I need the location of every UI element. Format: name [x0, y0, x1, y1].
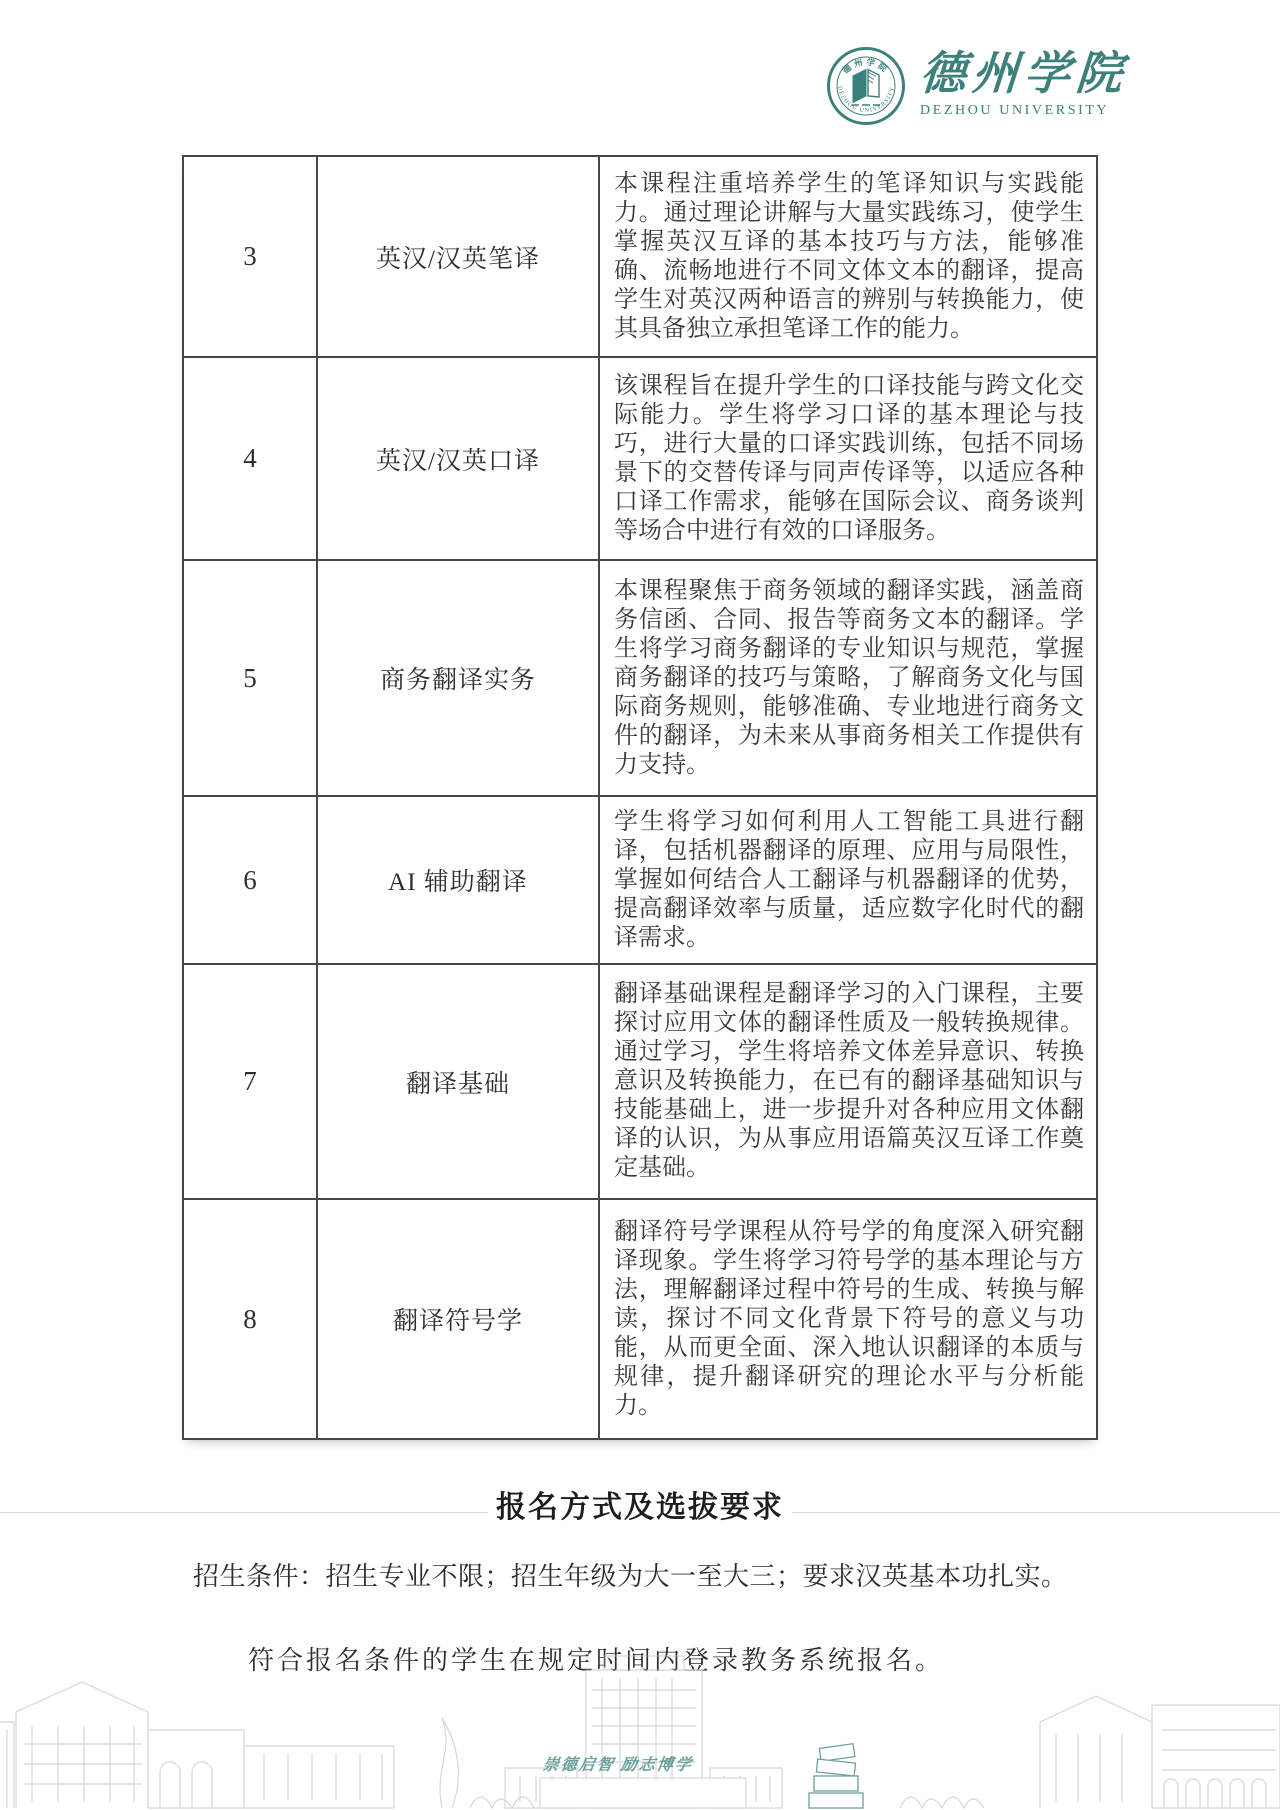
section-title: 报名方式及选拔要求	[488, 1482, 792, 1526]
course-description: 翻译基础课程是翻译学习的入门课程，主要探讨应用文体的翻译性质及一般转换规律。通过…	[599, 964, 1097, 1199]
course-name: 商务翻译实务	[317, 560, 599, 796]
university-name-en: DEZHOU UNIVERSITY	[920, 102, 1128, 120]
table-row: 6 AI 辅助翻译 学生将学习如何利用人工智能工具进行翻译，包括机器翻译的原理、…	[183, 796, 1097, 964]
table-row: 8 翻译符号学 翻译符号学课程从符号学的角度深入研究翻译现象。学生将学习符号学的…	[183, 1199, 1097, 1439]
table-row: 5 商务翻译实务 本课程聚焦于商务领域的翻译实践，涵盖商务信函、合同、报告等商务…	[183, 560, 1097, 796]
course-description: 该课程旨在提升学生的口译技能与跨文化交际能力。学生将学习口译的基本理论与技巧，进…	[599, 357, 1097, 560]
course-description: 本课程注重培养学生的笔译知识与实践能力。通过理论讲解与大量实践练习，使学生掌握英…	[599, 156, 1097, 357]
motto-calligraphy: 崇德启智 励志博学	[541, 1752, 744, 1775]
course-name: 英汉/汉英笔译	[317, 156, 599, 357]
table-row: 3 英汉/汉英笔译 本课程注重培养学生的笔译知识与实践能力。通过理论讲解与大量实…	[183, 156, 1097, 357]
university-name-zh: 德州学院	[918, 48, 1130, 100]
table-row: 7 翻译基础 翻译基础课程是翻译学习的入门课程，主要探讨应用文体的翻译性质及一般…	[183, 964, 1097, 1199]
course-name: AI 辅助翻译	[317, 796, 599, 964]
university-seal-icon: 德州学院 DEZHOU UNIVERSITY	[826, 46, 906, 126]
course-number: 4	[183, 357, 317, 560]
course-description: 翻译符号学课程从符号学的角度深入研究翻译现象。学生将学习符号学的基本理论与方法，…	[599, 1199, 1097, 1439]
course-name: 翻译符号学	[317, 1199, 599, 1439]
course-number: 8	[183, 1199, 317, 1439]
course-number: 5	[183, 560, 317, 796]
course-description: 本课程聚焦于商务领域的翻译实践，涵盖商务信函、合同、报告等商务文本的翻译。学生将…	[599, 560, 1097, 796]
university-logo: 德州学院 DEZHOU UNIVERSITY 德州学院 DEZHOU UNIVE…	[826, 46, 1128, 126]
enrollment-conditions-text: 招生条件：招生专业不限；招生年级为大一至大三；要求汉英基本功扎实。	[193, 1556, 1068, 1593]
course-number: 3	[183, 156, 317, 357]
course-table: 3 英汉/汉英笔译 本课程注重培养学生的笔译知识与实践能力。通过理论讲解与大量实…	[182, 155, 1098, 1440]
document-page: 德州学院 DEZHOU UNIVERSITY 德州学院 DEZHOU UNIVE…	[0, 0, 1280, 1810]
course-number: 7	[183, 964, 317, 1199]
table-row: 4 英汉/汉英口译 该课程旨在提升学生的口译技能与跨文化交际能力。学生将学习口译…	[183, 357, 1097, 560]
course-description: 学生将学习如何利用人工智能工具进行翻译，包括机器翻译的原理、应用与局限性，掌握如…	[599, 796, 1097, 964]
course-number: 6	[183, 796, 317, 964]
course-name: 英汉/汉英口译	[317, 357, 599, 560]
course-name: 翻译基础	[317, 964, 599, 1199]
book-sculpture-sketch	[809, 1744, 863, 1808]
campus-skyline-sketch	[0, 1650, 1280, 1810]
